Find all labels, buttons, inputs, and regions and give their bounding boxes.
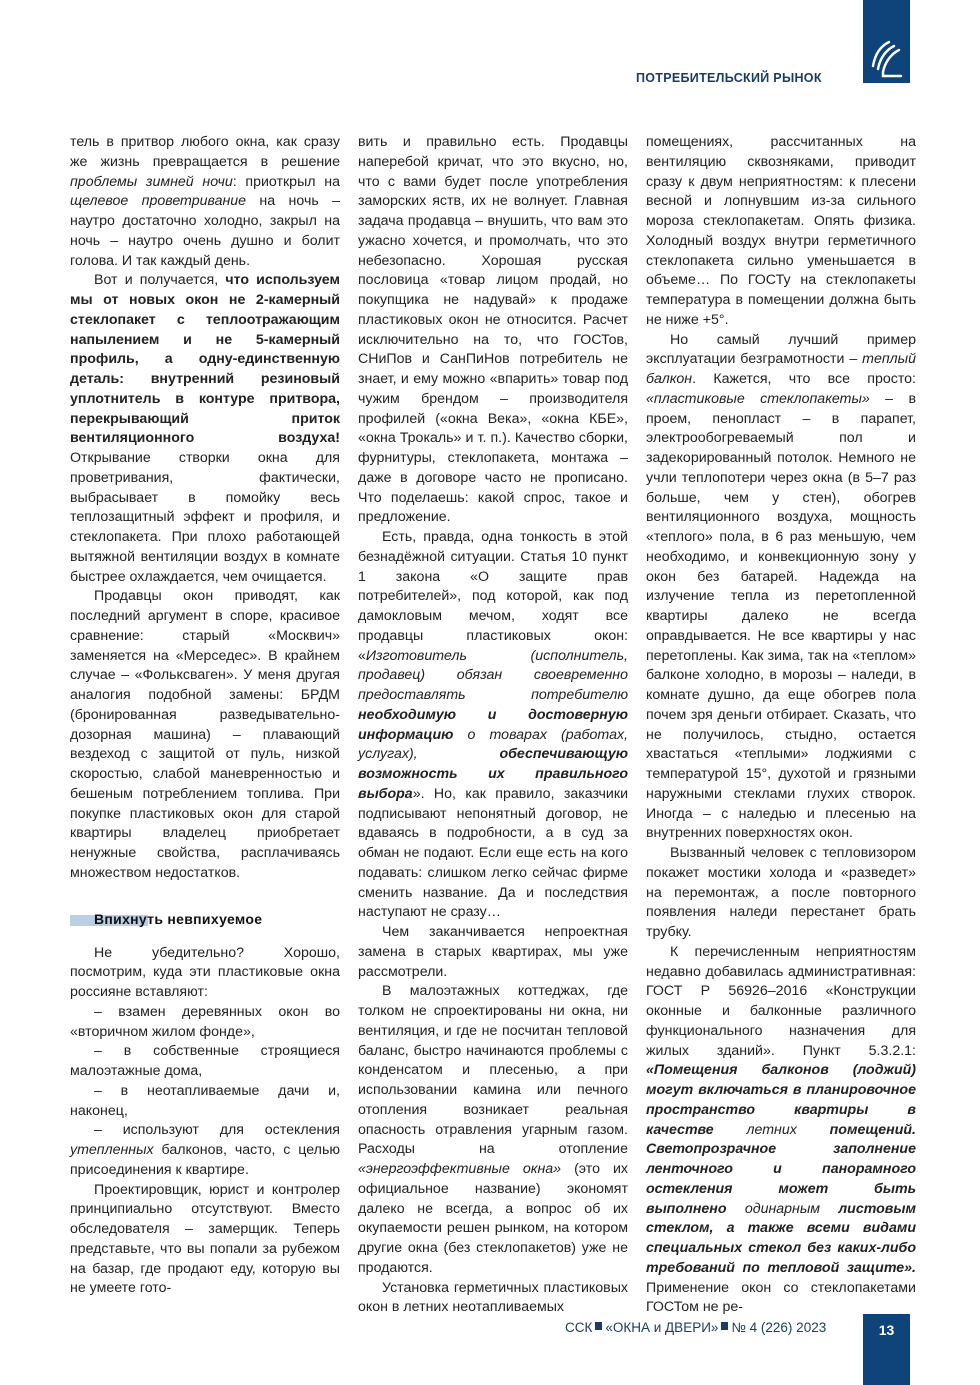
paragraph: Но самый лучший пример эксплуатации безг… [646, 331, 916, 845]
article-column-3: помещениях, рассчитанных на вентиляцию с… [646, 133, 916, 1318]
paragraph: помещениях, рассчитанных на вентиляцию с… [646, 133, 916, 331]
top-corner-tab [863, 0, 910, 83]
article-column-1: тель в притвор любого окна, как сразу же… [70, 133, 340, 1299]
footer-publisher: ССК [565, 1320, 592, 1335]
square-bullet-icon [721, 1322, 728, 1330]
paragraph: Вот и получается, что используем мы от н… [70, 271, 340, 587]
paragraph: – в неотапливаемые дачи и, наконец, [70, 1082, 340, 1122]
paragraph: К перечисленным неприятностям недавно до… [646, 943, 916, 1318]
paragraph: – взамен деревянных окон во «вторичном ж… [70, 1003, 340, 1043]
footer-issue: № 4 (226) 2023 [731, 1320, 826, 1335]
paragraph: Чем заканчивается непроектная замена в с… [358, 923, 628, 982]
subheading-text: Впихнуть невпихуемое [94, 910, 262, 930]
paragraph: Есть, правда, одна тонкость в этой безна… [358, 528, 628, 923]
page-number: 13 [863, 1322, 910, 1338]
footer-magazine: «ОКНА и ДВЕРИ» [605, 1320, 718, 1335]
paragraph: вить и правильно есть. Продавцы наперебо… [358, 133, 628, 528]
section-title: ПОТРЕБИТЕЛЬСКИЙ РЫНОК [636, 71, 822, 85]
paragraph: Продавцы окон приводят, как последний ар… [70, 587, 340, 883]
paragraph: – используют для остекления утепленных б… [70, 1121, 340, 1180]
paragraph: В малоэтажных коттеджах, где толком не с… [358, 982, 628, 1278]
footer-credits: ССК«ОКНА и ДВЕРИ»№ 4 (226) 2023 [565, 1320, 826, 1335]
article-column-2: вить и правильно есть. Продавцы наперебо… [358, 133, 628, 1318]
paragraph: Вызванный человек с тепловизором покажет… [646, 844, 916, 943]
square-bullet-icon [595, 1322, 602, 1330]
paragraph: Не убедительно? Хорошо, посмотрим, куда … [70, 944, 340, 1003]
paragraph: – в собственные строящиеся малоэтажные д… [70, 1042, 340, 1082]
paragraph: Установка герметичных пластиковых окон в… [358, 1279, 628, 1319]
paragraph: тель в притвор любого окна, как сразу же… [70, 133, 340, 271]
paragraph: Проектировщик, юрист и контролер принцип… [70, 1181, 340, 1300]
subheading: Впихнуть невпихуемое [70, 910, 340, 930]
magazine-logo-icon [867, 36, 905, 80]
page-number-tab: 13 [863, 1314, 910, 1385]
